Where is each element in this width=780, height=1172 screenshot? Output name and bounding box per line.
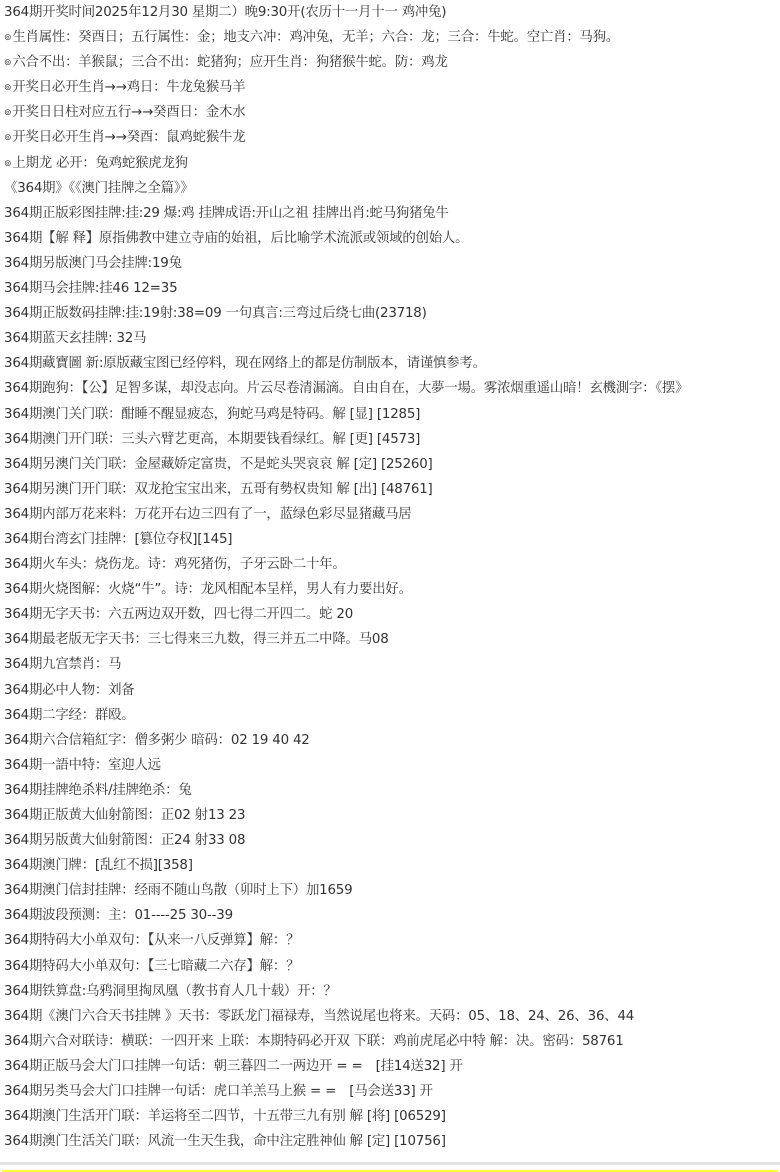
entry-line: 364期正版黄大仙射箭图：正02 射13 23	[4, 803, 780, 828]
attribute-line: ⊚开奖日日柱对应五行→→癸酉日：金木水	[4, 100, 780, 125]
entry-line: 364期二字经：群殴。	[4, 703, 780, 728]
entry-line: 364期火车头：烧伤龙。诗：鸡死猪伤，子牙云卧二十年。	[4, 552, 780, 577]
entry-line: 364期铁算盘:乌鸦洞里掏凤凰（教书育人几十载）开：？	[4, 979, 780, 1004]
entry-line: 364期澳门信封挂牌：经雨不随山鸟散（卯时上下）加1659	[4, 878, 780, 903]
entry-line: 364期跑狗：【公】足智多谋，却没志向。片云尽卷清漏滴。自由自在，大夢一場。雾浓…	[4, 376, 780, 401]
entry-line: 364期必中人物：刘备	[4, 678, 780, 703]
entry-line: 364期蓝天玄挂牌: 32马	[4, 326, 780, 351]
attribute-line: ⊚上期龙 必开：兔鸡蛇猴虎龙狗	[4, 151, 780, 176]
attribute-line: ⊚开奖日必开生肖→→癸酉：鼠鸡蛇猴牛龙	[4, 125, 780, 150]
attribute-text: 上期龙 必开：兔鸡蛇猴虎龙狗	[12, 156, 188, 171]
section-divider	[0, 1162, 780, 1165]
entry-line: 364期特码大小单双句：【从来一八反弹算】解：？	[4, 928, 780, 953]
attribute-text: 开奖日必开生肖→→癸酉：鼠鸡蛇猴牛龙	[12, 130, 245, 145]
entry-line: 364期九宫禁肖：马	[4, 652, 780, 677]
entry-line: 364期六合信箱紅字：僧多粥少 暗码：02 19 40 42	[4, 728, 780, 753]
entry-line: 364期澳门开门联：三头六臂艺更高，本期要钱看绿红。解 [更] [4573]	[4, 427, 780, 452]
bullet-icon: ⊚	[4, 108, 11, 118]
entry-line: 364期另版黄大仙射箭图：正24 射33 08	[4, 828, 780, 853]
entry-line: 364期另澳门开门联：双龙抢宝宝出来，五哥有勢权贵知 解 [出] [48761]	[4, 477, 780, 502]
entry-line: 364期藏寶圖 新:原版藏宝图已经停料，现在网络上的都是仿制版本，请谨慎参考。	[4, 351, 780, 376]
entry-line: 364期澳门生活关门联：风流一生天生我，命中注定胜神仙 解 [定] [10756…	[4, 1129, 780, 1154]
attribute-line: ⊚开奖日必开生肖→→鸡日：牛龙兔猴马羊	[4, 75, 780, 100]
attribute-text: 开奖日日柱对应五行→→癸酉日：金木水	[12, 105, 245, 120]
entry-line: 364期《澳门六合天书挂牌 》天书：零跃龙门福禄寿，当然说尾也将来。天码：05、…	[4, 1004, 780, 1029]
attribute-text: 开奖日必开生肖→→鸡日：牛龙兔猴马羊	[12, 80, 245, 95]
entry-line: 364期波段预测：主：01----25 30--39	[4, 903, 780, 928]
entry-line: 364期挂牌绝杀料/挂牌绝杀：兔	[4, 778, 780, 803]
bullet-icon: ⊚	[4, 33, 11, 43]
entry-line: 364期马会挂牌:挂46 12=35	[4, 276, 780, 301]
entry-line: 364期正版数码挂牌:挂:19射:38=09 一句真言:三弯过后绕七曲(2371…	[4, 301, 780, 326]
entry-line: 364期特码大小单双句：【三七暗藏二六存】解：？	[4, 954, 780, 979]
entry-line: 364期内部万花来料：万花开右边三四有了一，蓝绿色彩尽显猪藏马居	[4, 502, 780, 527]
bullet-icon: ⊚	[4, 133, 11, 143]
entry-line: 364期一語中特：室迎人远	[4, 753, 780, 778]
draw-time-header: 364期开奖时间2025年12月30 星期二）晚9:30开(农历十一月十一 鸡冲…	[4, 0, 780, 25]
attribute-text: 六合不出：羊猴鼠；三合不出：蛇猪狗；应开生肖：狗猪猴牛蛇。防：鸡龙	[12, 55, 447, 70]
entry-line: 364期澳门生活开门联：羊运将至二四节，十五带三九有别 解 [将] [06529…	[4, 1104, 780, 1129]
entry-line: 364期正版彩图挂牌:挂:29 爆:鸡 挂牌成语:开山之祖 挂牌出肖:蛇马狗猪兔…	[4, 201, 780, 226]
entry-line: 364期无字天书：六五两边双开数，四七得二开四二。蛇 20	[4, 602, 780, 627]
bullet-icon: ⊚	[4, 83, 11, 93]
entry-line: 364期六合对联诗：横联：一四开来 上联：本期特码必开双 下联：鸡前虎尾必中特 …	[4, 1029, 780, 1054]
attribute-text: 生肖属性：癸酉日；五行属性：金；地支六冲：鸡冲兔，无羊；六合：龙；三合：牛蛇。空…	[12, 30, 619, 45]
entry-line: 364期澳门关门联：酣睡不醒显疲态，狗蛇马鸡是特码。解 [显] [1285]	[4, 402, 780, 427]
attribute-line: ⊚生肖属性：癸酉日；五行属性：金；地支六冲：鸡冲兔，无羊；六合：龙；三合：牛蛇。…	[4, 25, 780, 50]
entry-line: 364期火烧图解：火烧“牛”。诗：龙风相配本呈样，男人有力要出好。	[4, 577, 780, 602]
entry-line: 364期另版澳门马会挂牌:19兔	[4, 251, 780, 276]
entry-line: 364期澳门牌：[乱红不损][358]	[4, 853, 780, 878]
entry-line: 364期最老版无字天书：三七得来三九数，得三并五二中降。马08	[4, 627, 780, 652]
entry-line: 364期正版马会大门口挂牌一句话：朝三暮四二一两边开 = = [挂14送32] …	[4, 1054, 780, 1079]
attribute-line: ⊚六合不出：羊猴鼠；三合不出：蛇猪狗；应开生肖：狗猪猴牛蛇。防：鸡龙	[4, 50, 780, 75]
entry-line: 364期【解 释】原指佛教中建立寺庙的始祖，后比喻学术流派或领域的创始人。	[4, 226, 780, 251]
section-title: 《364期》《《澳门挂牌之全篇》》	[4, 176, 780, 201]
entry-line: 364期台湾玄门挂牌：[篡位夺权][145]	[4, 527, 780, 552]
entry-line: 364期另类马会大门口挂牌一句话：虎口羊羔马上猴 = = [马会送33] 开	[4, 1079, 780, 1104]
prediction-article: 364期开奖时间2025年12月30 星期二）晚9:30开(农历十一月十一 鸡冲…	[0, 0, 780, 1154]
entry-line: 364期另澳门关门联：金屋藏娇定富贵，不是蛇头哭哀哀 解 [定] [25260]	[4, 452, 780, 477]
bullet-icon: ⊚	[4, 159, 11, 169]
bullet-icon: ⊚	[4, 58, 11, 68]
